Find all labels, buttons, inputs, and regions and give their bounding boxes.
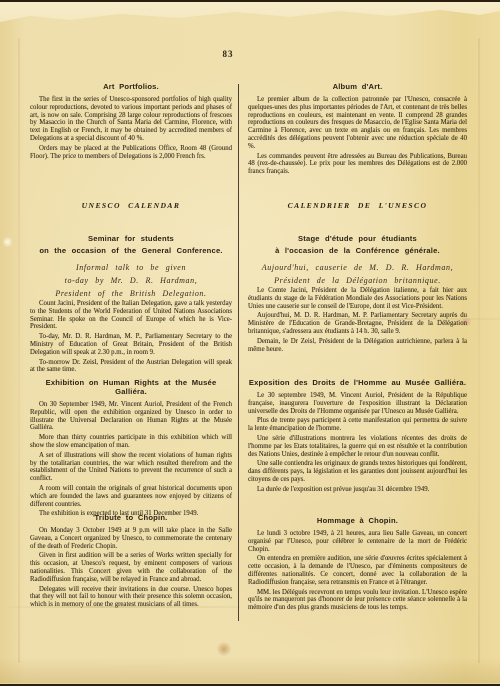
section-exposition: Exposition des Droits de l'Homme au Musé… (248, 378, 467, 496)
seminar-title-line: on the occasion of the General Conferenc… (30, 245, 232, 257)
section-heading: Exposition des Droits de l'Homme au Musé… (248, 378, 467, 387)
calendar-header: UNESCO CALENDAR (30, 201, 232, 210)
section-heading: Album d'Art. (248, 82, 467, 91)
announcement-line: Aujourd'hui, causerie de M. D. R. Hardma… (248, 261, 467, 274)
page-content: 83 Art Portfolios. The first in the seri… (0, 0, 500, 686)
scanned-bulletin-page: { "page_number": "83", "colors": { "pape… (0, 0, 500, 686)
section-exhibition: Exhibition on Human Rights at the Musée … (30, 378, 232, 520)
paragraph: Une salle contiendra les originaux de gr… (248, 460, 467, 483)
seminar-title-line: Stage d'étude pour étudiants (248, 233, 467, 245)
paragraph: On Monday 3 October 1949 at 9 p.m will t… (30, 527, 232, 550)
paragraph: On entendra en première audition, une sé… (248, 555, 467, 586)
announcement-line: President of the British Delegation. (30, 287, 232, 300)
seminar-title: Stage d'étude pour étudiants à l'occasio… (248, 233, 467, 257)
seminar-announcement: Aujourd'hui, causerie de M. D. R. Hardma… (248, 261, 467, 287)
paragraph: Le premier album de la collection patron… (248, 96, 467, 151)
paragraph: To-day, Mr. D. R. Hardman, M. P., Parlia… (30, 333, 232, 356)
section-heading: Hommage à Chopin. (248, 516, 467, 525)
paragraph: Les commandes peuvent être adressées au … (248, 153, 467, 176)
paragraph: Demain, le Dr Zeisl, Président de la Dél… (248, 338, 467, 354)
announcement-line: Informal talk to be given (30, 261, 232, 274)
paragraph: Aujourd'hui, M. D. R. Hardman, M. P. Par… (248, 312, 467, 335)
paragraph: A room will contain the originals of gre… (30, 485, 232, 508)
announcement-line: Président de la Délégation britannique. (248, 274, 467, 287)
seminar-announcement: Informal talk to be given to-day by Mr. … (30, 261, 232, 300)
paragraph: More than thirty countries participate i… (30, 434, 232, 450)
calendar-header: CALENDRIER DE L'UNESCO (248, 201, 467, 210)
paragraph: A set of illustrations will show the rec… (30, 452, 232, 483)
paragraph: Given in first audition will be a series… (30, 552, 232, 583)
section-heading: Exhibition on Human Rights at the Musée … (30, 378, 232, 396)
seminar-title-line: Seminar for students (30, 233, 232, 245)
seminar-title: Seminar for students on the occasion of … (30, 233, 232, 257)
paragraph: MM. les Délégués recevront en temps voul… (248, 589, 467, 612)
paragraph: La durée de l'exposition est prévue jusq… (248, 486, 467, 494)
section-art-portfolios: Art Portfolios. The first in the series … (30, 82, 232, 162)
section-heading: Art Portfolios. (30, 82, 232, 91)
section-heading: Tribute to Chopin. (30, 513, 232, 522)
paragraph: On 30 September 1949, Mr. Vincent Auriol… (30, 401, 232, 432)
paragraph: Le Comte Jacini, Président de la Délégat… (248, 287, 467, 310)
paragraph: Orders may be placed at the Publications… (30, 145, 232, 161)
paragraph: Delegates will receive their invitations… (30, 586, 232, 609)
section-album-art: Album d'Art. Le premier album de la coll… (248, 82, 467, 178)
column-divider-rule (238, 84, 239, 621)
announcement-line: to-day by Mr. D. R. Hardman, (30, 274, 232, 287)
section-seminar: Seminar for students on the occasion of … (30, 233, 232, 376)
paragraph: Le 30 septembre 1949, M. Vincent Auriol,… (248, 392, 467, 415)
paragraph: Le lundi 3 octobre 1949, à 21 heures, au… (248, 530, 467, 553)
section-stage-etude: Stage d'étude pour étudiants à l'occasio… (248, 233, 467, 355)
paragraph: Une série d'illustrations montrera les v… (248, 435, 467, 458)
paragraph: Plus de trente pays participent à cette … (248, 417, 467, 433)
paragraph: The first in the series of Unesco-sponso… (30, 96, 232, 143)
paragraph: To-morrow Dr. Zeisl, President of the Au… (30, 359, 232, 375)
paragraph: Count Jacini, President of the Italian D… (30, 300, 232, 331)
section-hommage-chopin: Hommage à Chopin. Le lundi 3 octobre 194… (248, 516, 467, 614)
seminar-title-line: à l'occasion de la Conférence générale. (248, 245, 467, 257)
page-number: 83 (208, 49, 248, 59)
section-chopin: Tribute to Chopin. On Monday 3 October 1… (30, 513, 232, 611)
